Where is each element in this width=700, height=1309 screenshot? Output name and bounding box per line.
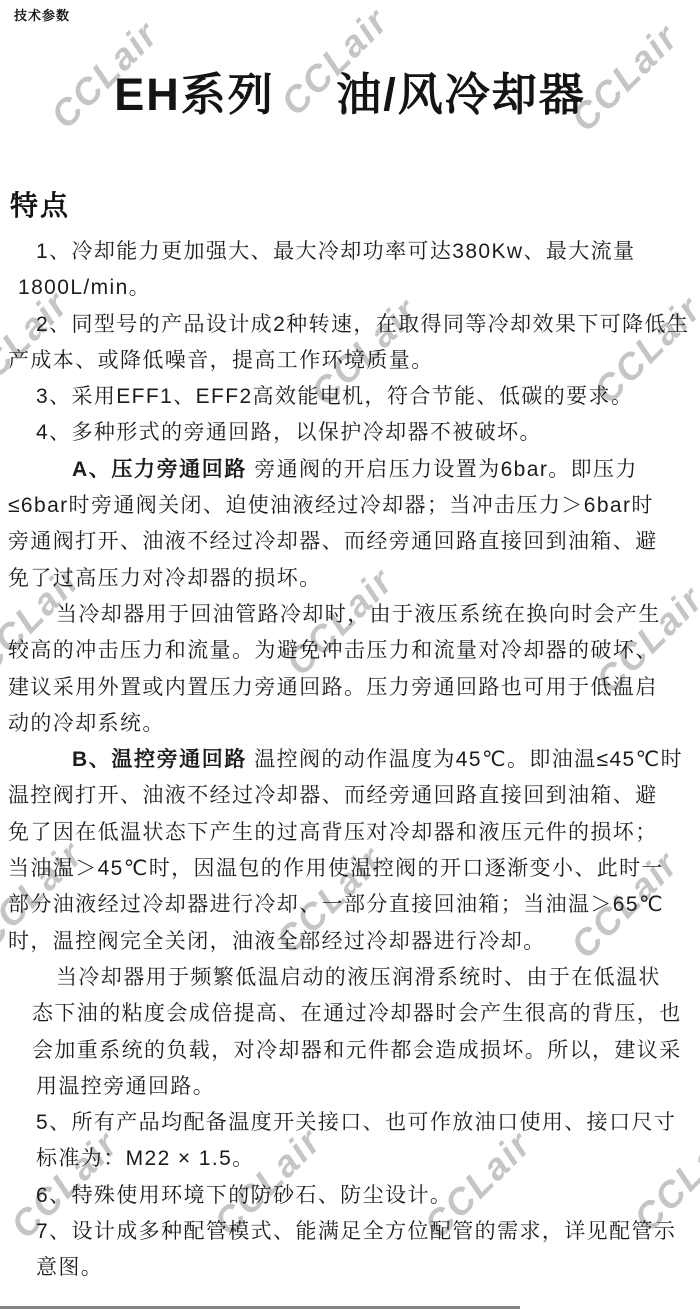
text-line: 当油温＞45℃时，因温包的作用使温控阀的开口逐渐变小、此时一 xyxy=(6,851,696,887)
text-line: 当冷却器用于回油管路冷却时，由于液压系统在换向时会产生 xyxy=(6,597,696,633)
text-line: 用温控旁通回路。 xyxy=(6,1069,696,1105)
text-line: ≤6bar时旁通阀关闭、迫使油液经过冷却器；当冲击压力＞6bar时 xyxy=(6,488,696,524)
section-heading-features: 特点 xyxy=(10,184,70,224)
text-line: 建议采用外置或内置压力旁通回路。压力旁通回路也可用于低温启 xyxy=(6,670,696,706)
text-line: 5、所有产品均配备温度开关接口、也可作放油口使用、接口尺寸 xyxy=(6,1105,696,1141)
text-line: 2、同型号的产品设计成2种转速，在取得同等冷却效果下可降低生 xyxy=(6,307,696,343)
text-line: 较高的冲击压力和流量。为避免冲击压力和流量对冷却器的破坏、 xyxy=(6,633,696,669)
page-title: EH系列 油/风冷却器 xyxy=(0,58,700,123)
document-page: CCLairCCLairCCLairCCLairCCLairCCLairCCLa… xyxy=(0,0,700,1309)
text-line: 当冷却器用于频繁低温启动的液压润滑系统时、由于在低温状 xyxy=(6,960,696,996)
text-line: 6、特殊使用环境下的防砂石、防尘设计。 xyxy=(6,1178,696,1214)
bold-run-in-label: A、压力旁通回路 xyxy=(72,458,247,481)
text-line: 意图。 xyxy=(6,1250,696,1286)
text-line: 产成本、或降低噪音，提高工作环境质量。 xyxy=(6,343,696,379)
text-line: 1800L/min。 xyxy=(6,270,696,306)
text-line: 1、冷却能力更加强大、最大冷却功率可达380Kw、最大流量 xyxy=(6,234,696,270)
page-header-label: 技术参数 xyxy=(14,5,70,24)
text-line: 7、设计成多种配管模式、能满足全方位配管的需求，详见配管示 xyxy=(6,1214,696,1250)
text-line: 态下油的粘度会成倍提高、在通过冷却器时会产生很高的背压，也 xyxy=(6,996,696,1032)
text-line: 时，温控阀完全关闭，油液全部经过冷却器进行冷却。 xyxy=(6,924,696,960)
text-line: A、压力旁通回路 旁通阀的开启压力设置为6bar。即压力 xyxy=(6,452,696,488)
text-line: 部分油液经过冷却器进行冷却、一部分直接回油箱；当油温＞65℃ xyxy=(6,887,696,923)
bold-run-in-label: B、温控旁通回路 xyxy=(72,748,247,771)
text-line: 3、采用EFF1、EFF2高效能电机，符合节能、低碳的要求。 xyxy=(6,379,696,415)
text-line: 免了过高压力对冷却器的损坏。 xyxy=(6,561,696,597)
text-line: 免了因在低温状态下产生的过高背压对冷却器和液压元件的损坏； xyxy=(6,815,696,851)
text-line: B、温控旁通回路 温控阀的动作温度为45℃。即油温≤45℃时 xyxy=(6,742,696,778)
text-line: 标准为：M22 × 1.5。 xyxy=(6,1141,696,1177)
text-line: 旁通阀打开、油液不经过冷却器、而经旁通回路直接回到油箱、避 xyxy=(6,524,696,560)
features-text-block: 1、冷却能力更加强大、最大冷却功率可达380Kw、最大流量1800L/min。2… xyxy=(6,234,696,1287)
text-line: 4、多种形式的旁通回路，以保护冷却器不被破坏。 xyxy=(6,415,696,451)
text-line: 会加重系统的负载，对冷却器和元件都会造成损坏。所以，建议采 xyxy=(6,1033,696,1069)
text-line: 动的冷却系统。 xyxy=(6,706,696,742)
text-line: 温控阀打开、油液不经过冷却器、而经旁通回路直接回到油箱、避 xyxy=(6,778,696,814)
